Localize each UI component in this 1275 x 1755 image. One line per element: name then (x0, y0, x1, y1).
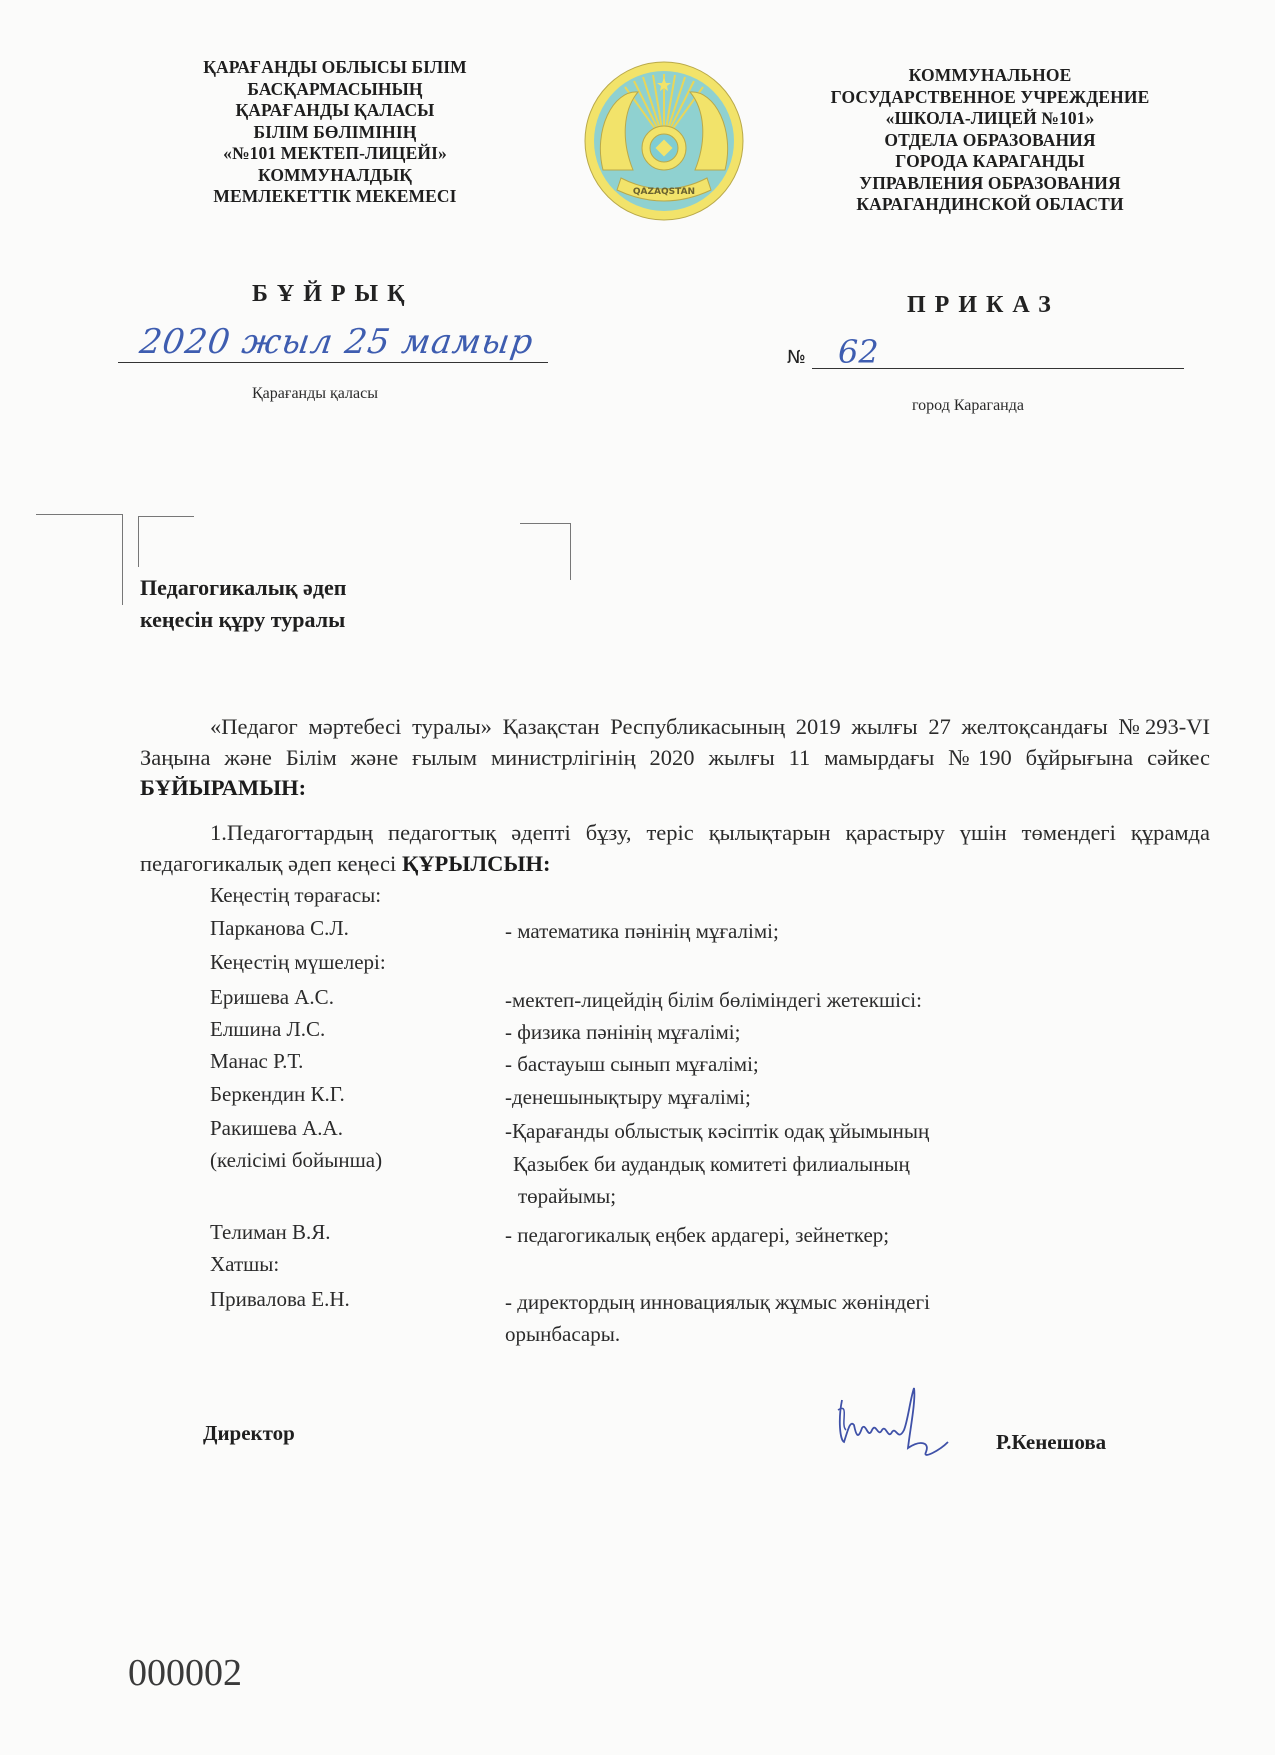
chair-label: Кеңестің төрағасы: (210, 881, 381, 909)
member-name: Елшина Л.С. (210, 1015, 325, 1043)
page-number: 000002 (128, 1651, 242, 1695)
kazakhstan-state-emblem-icon: QAZAQSTAN (583, 60, 745, 222)
secretary-role: - директордың инновациялық жұмыс жөнінде… (505, 1288, 930, 1316)
handwritten-signature-icon (830, 1380, 980, 1470)
subject-line: Педагогикалық әдеп (140, 572, 346, 604)
header-kazakh: ҚАРАҒАНДЫ ОБЛЫСЫ БІЛІМ БАСҚАРМАСЫНЫҢ ҚАР… (150, 57, 520, 208)
corner-bracket-right (520, 523, 571, 580)
header-ru-line: ГОСУДАРСТВЕННОЕ УЧРЕЖДЕНИЕ (790, 87, 1190, 109)
chair-role: - математика пәнінің мұғалімі; (505, 917, 779, 945)
item-1-text: 1.Педагогтардың педагогтық әдепті бұзу, … (140, 820, 1210, 876)
member-name: Телиман В.Я. (210, 1218, 331, 1246)
member-note: (келісімі бойынша) (210, 1146, 382, 1174)
chair-name: Парканова С.Л. (210, 914, 349, 942)
header-kz-line: БАСҚАРМАСЫНЫҢ (150, 79, 520, 101)
preamble-paragraph: «Педагог мәртебесі туралы» Қазақстан Рес… (140, 712, 1210, 804)
header-kz-line: ҚАРАҒАНДЫ ОБЛЫСЫ БІЛІМ (150, 57, 520, 79)
member-role: - бастауыш сынып мұғалімі; (505, 1050, 759, 1078)
header-ru-line: «ШКОЛА-ЛИЦЕЙ №101» (790, 108, 1190, 130)
header-kz-line: «№101 МЕКТЕП-ЛИЦЕЙІ» (150, 143, 520, 165)
header-kz-line: МЕМЛЕКЕТТІК МЕКЕМЕСІ (150, 186, 520, 208)
secretary-role: орынбасары. (505, 1320, 620, 1348)
header-ru-line: ГОРОДА КАРАГАНДЫ (790, 151, 1190, 173)
header-kz-line: ҚАРАҒАНДЫ ҚАЛАСЫ (150, 100, 520, 122)
member-name: Беркендин К.Г. (210, 1080, 345, 1108)
members-label: Кеңестің мүшелері: (210, 948, 386, 976)
member-role: -денешынықтыру мұғалімі; (505, 1083, 751, 1111)
svg-text:QAZAQSTAN: QAZAQSTAN (633, 187, 695, 197)
member-role: - физика пәнінің мұғалімі; (505, 1018, 740, 1046)
member-name: Манас Р.Т. (210, 1047, 303, 1075)
secretary-label: Хатшы: (210, 1250, 279, 1278)
signatory-name: Р.Кенешова (996, 1430, 1106, 1455)
order-title-kz: БҰЙРЫҚ (252, 281, 414, 308)
header-russian: КОММУНАЛЬНОЕ ГОСУДАРСТВЕННОЕ УЧРЕЖДЕНИЕ … (790, 65, 1190, 216)
signatory-position: Директор (203, 1421, 295, 1446)
member-name: Еришева А.С. (210, 983, 334, 1011)
secretary-name: Привалова Е.Н. (210, 1285, 350, 1313)
order-number-handwritten: 62 (838, 333, 879, 371)
item-1-paragraph: 1.Педагогтардың педагогтық әдепті бұзу, … (140, 818, 1210, 879)
member-role: -Қарағанды облыстық кәсіптік одақ ұйымын… (505, 1117, 929, 1145)
member-name: Ракишева А.А. (210, 1114, 343, 1142)
header-kz-line: КОММУНАЛДЫҚ (150, 165, 520, 187)
item-1-directive: ҚҰРЫЛСЫН: (402, 851, 551, 876)
member-role: -мектеп-лицейдің білім бөліміндегі жетек… (505, 986, 922, 1014)
order-date-handwritten: 2020 жыл 25 мамыр (137, 322, 536, 362)
preamble-text: «Педагог мәртебесі туралы» Қазақстан Рес… (140, 714, 1210, 770)
member-role: Қазыбек би аудандық комитеті филиалының (513, 1150, 910, 1178)
header-ru-line: КАРАГАНДИНСКОЙ ОБЛАСТИ (790, 194, 1190, 216)
order-city-ru: город Караганда (912, 397, 1024, 415)
member-role: төрайымы; (518, 1182, 616, 1210)
header-kz-line: БІЛІМ БӨЛІМІНІҢ (150, 122, 520, 144)
header-ru-line: УПРАВЛЕНИЯ ОБРАЗОВАНИЯ (790, 173, 1190, 195)
subject-line: кеңесін құру туралы (140, 604, 346, 636)
order-title-ru: ПРИКАЗ (907, 292, 1060, 319)
header-ru-line: ОТДЕЛА ОБРАЗОВАНИЯ (790, 130, 1190, 152)
order-number-label: № (787, 347, 806, 368)
preamble-directive: БҰЙЫРАМЫН: (140, 775, 306, 800)
corner-bracket-inner (138, 516, 194, 567)
order-subject: Педагогикалық әдеп кеңесін құру туралы (140, 572, 346, 636)
member-role: - педагогикалық еңбек ардагері, зейнетке… (505, 1221, 889, 1249)
order-date-line (118, 362, 548, 363)
corner-bracket-left (36, 514, 123, 605)
order-city-kz: Қарағанды қаласы (252, 385, 378, 403)
header-ru-line: КОММУНАЛЬНОЕ (790, 65, 1190, 87)
